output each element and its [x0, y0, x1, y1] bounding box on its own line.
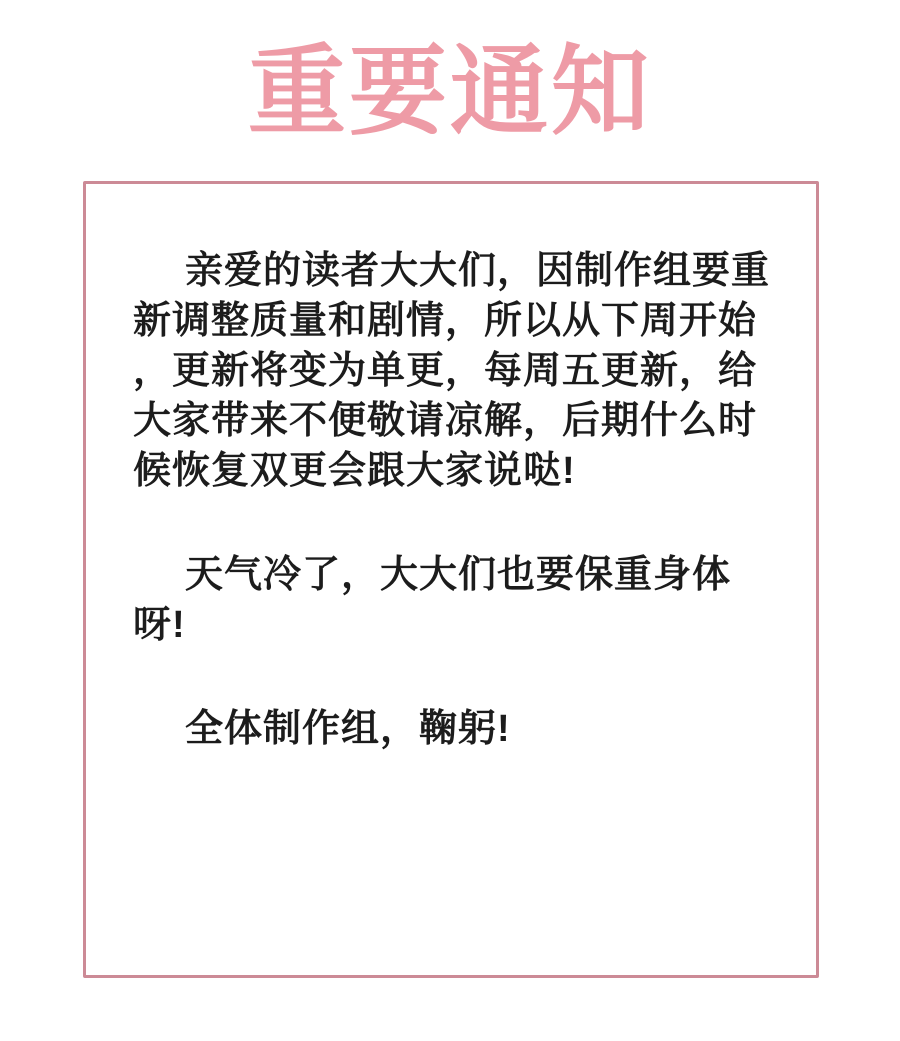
notice-line: 全体制作组，鞠躬!: [133, 704, 778, 754]
notice-paragraph-update-info: 亲爱的读者大大们，因制作组要重 新调整质量和剧情，所以从下周开始 ，更新将变为单…: [133, 246, 778, 496]
notice-box: 亲爱的读者大大们，因制作组要重 新调整质量和剧情，所以从下周开始 ，更新将变为单…: [83, 181, 819, 978]
notice-page: 重要通知 亲爱的读者大大们，因制作组要重 新调整质量和剧情，所以从下周开始 ，更…: [0, 0, 900, 1041]
page-title: 重要通知: [0, 38, 900, 146]
notice-line: 亲爱的读者大大们，因制作组要重: [133, 246, 778, 296]
notice-line: ，更新将变为单更，每周五更新，给: [133, 346, 778, 396]
notice-line: 天气冷了，大大们也要保重身体: [133, 550, 778, 600]
notice-line: 大家带来不便敬请凉解，后期什么时: [133, 396, 778, 446]
notice-line: 新调整质量和剧情，所以从下周开始: [133, 296, 778, 346]
notice-line: 呀!: [133, 600, 778, 650]
notice-paragraph-signature: 全体制作组，鞠躬!: [133, 704, 778, 754]
notice-paragraph-wellwish: 天气冷了，大大们也要保重身体 呀!: [133, 550, 778, 650]
notice-line: 候恢复双更会跟大家说哒!: [133, 446, 778, 496]
